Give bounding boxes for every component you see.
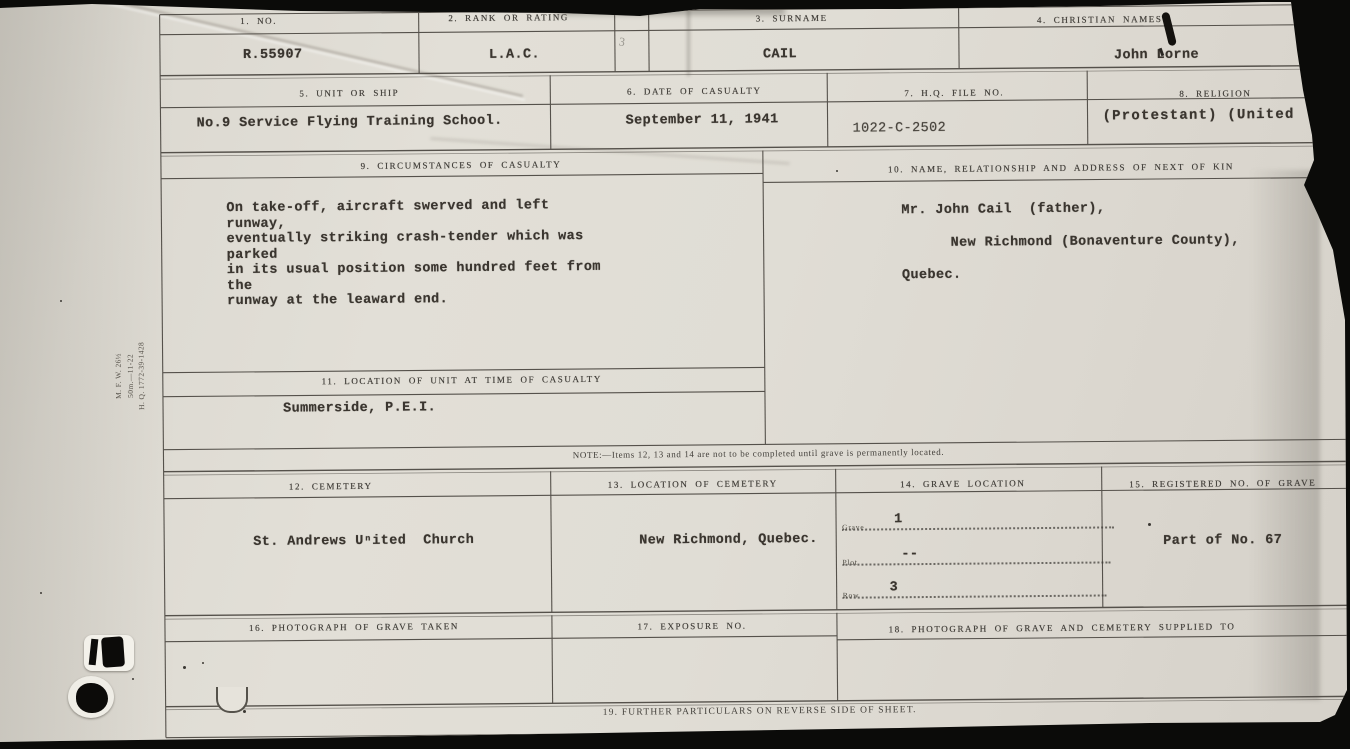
value-next-of-kin-province: Quebec. <box>902 268 962 284</box>
value-rank: L.A.C. <box>489 47 540 62</box>
label-registered-no: 15. REGISTERED NO. OF GRAVE <box>1129 478 1316 490</box>
label-unit: 5. UNIT OR SHIP <box>299 88 399 99</box>
value-hq-file: 1022-C-2502 <box>853 121 947 137</box>
value-religion: (Protestant) (United <box>1102 107 1294 125</box>
ink-speck <box>132 678 134 680</box>
value-no: R.55907 <box>243 47 303 63</box>
label-grave-location: 14. GRAVE LOCATION <box>900 478 1025 489</box>
ink-speck <box>40 592 42 594</box>
row-sublabel: Row <box>843 591 860 600</box>
value-plot: -- <box>901 547 918 562</box>
hole-black-bar <box>89 639 99 666</box>
label-cemetery-location: 13. LOCATION OF CEMETERY <box>608 478 778 489</box>
ink-speck <box>836 170 838 172</box>
ink-speck <box>1148 523 1151 526</box>
value-row: 3 <box>890 580 899 595</box>
value-date-of-casualty: September 11, 1941 <box>625 112 778 128</box>
plot-dotted-line: Plot <box>842 545 1110 565</box>
label-religion: 8. RELIGION <box>1179 88 1251 99</box>
ink-speck <box>60 300 62 302</box>
row-dotted-line: Row <box>843 578 1107 598</box>
torn-hole <box>84 635 134 671</box>
label-christian-names: 4. CHRISTIAN NAMES <box>1037 14 1163 25</box>
label-hq-file: 7. H.Q. FILE NO. <box>904 87 1004 98</box>
label-date-of-casualty: 6. DATE OF CASUALTY <box>627 85 762 96</box>
value-cemetery: St. Andrews Uⁿited Church <box>253 533 474 550</box>
scanned-casualty-form: 1. NO. 2. RANK OR RATING 3. SURNAME 4. C… <box>0 0 1350 749</box>
value-cemetery-location: New Richmond, Quebec. <box>639 532 818 549</box>
printed-form: 1. NO. 2. RANK OR RATING 3. SURNAME 4. C… <box>0 0 1350 749</box>
value-next-of-kin-address: New Richmond (Bonaventure County), <box>951 233 1240 251</box>
value-unit-location: Summerside, P.E.I. <box>283 400 436 416</box>
label-photo-taken: 16. PHOTOGRAPH OF GRAVE TAKEN <box>249 621 459 633</box>
ink-speck <box>243 710 246 713</box>
paper-sheet: 1. NO. 2. RANK OR RATING 3. SURNAME 4. C… <box>0 0 1350 749</box>
label-rank: 2. RANK OR RATING <box>448 12 569 23</box>
value-registered-no: Part of No. 67 <box>1163 533 1282 549</box>
hole-black-blob <box>101 636 125 667</box>
grave-sublabel: Grave <box>842 523 864 532</box>
label-circumstances: 9. CIRCUMSTANCES OF CASUALTY <box>361 159 562 171</box>
ink-speck <box>183 666 186 669</box>
plot-sublabel: Plot <box>842 558 857 567</box>
value-circumstances: On take-off, aircraft swerved and left r… <box>226 198 607 310</box>
value-christian-names: John Lorne <box>1114 48 1199 64</box>
stamp-line-1: M. F. W. 26½ <box>112 320 125 432</box>
value-surname: CAIL <box>763 47 797 62</box>
torn-hole-round <box>76 683 108 713</box>
label-exposure: 17. EXPOSURE NO. <box>637 621 746 632</box>
grave-dotted-line: Grave <box>842 510 1114 530</box>
value-unit: No.9 Service Flying Training School. <box>197 114 503 132</box>
value-grave: 1 <box>894 512 903 527</box>
label-no: 1. NO. <box>240 16 277 26</box>
stamp-line-2: 50m.—11-22 <box>124 320 137 432</box>
label-surname: 3. SURNAME <box>756 13 828 24</box>
printers-stamp: M. F. W. 26½ 50m.—11-22 H. Q. 1772-39-14… <box>112 320 159 432</box>
ink-speck <box>202 662 204 664</box>
label-cemetery: 12. CEMETERY <box>289 481 373 492</box>
stamp-line-3: H. Q. 1772-39-1428 <box>136 320 149 432</box>
value-next-of-kin-name: Mr. John Cail (father), <box>901 201 1105 218</box>
